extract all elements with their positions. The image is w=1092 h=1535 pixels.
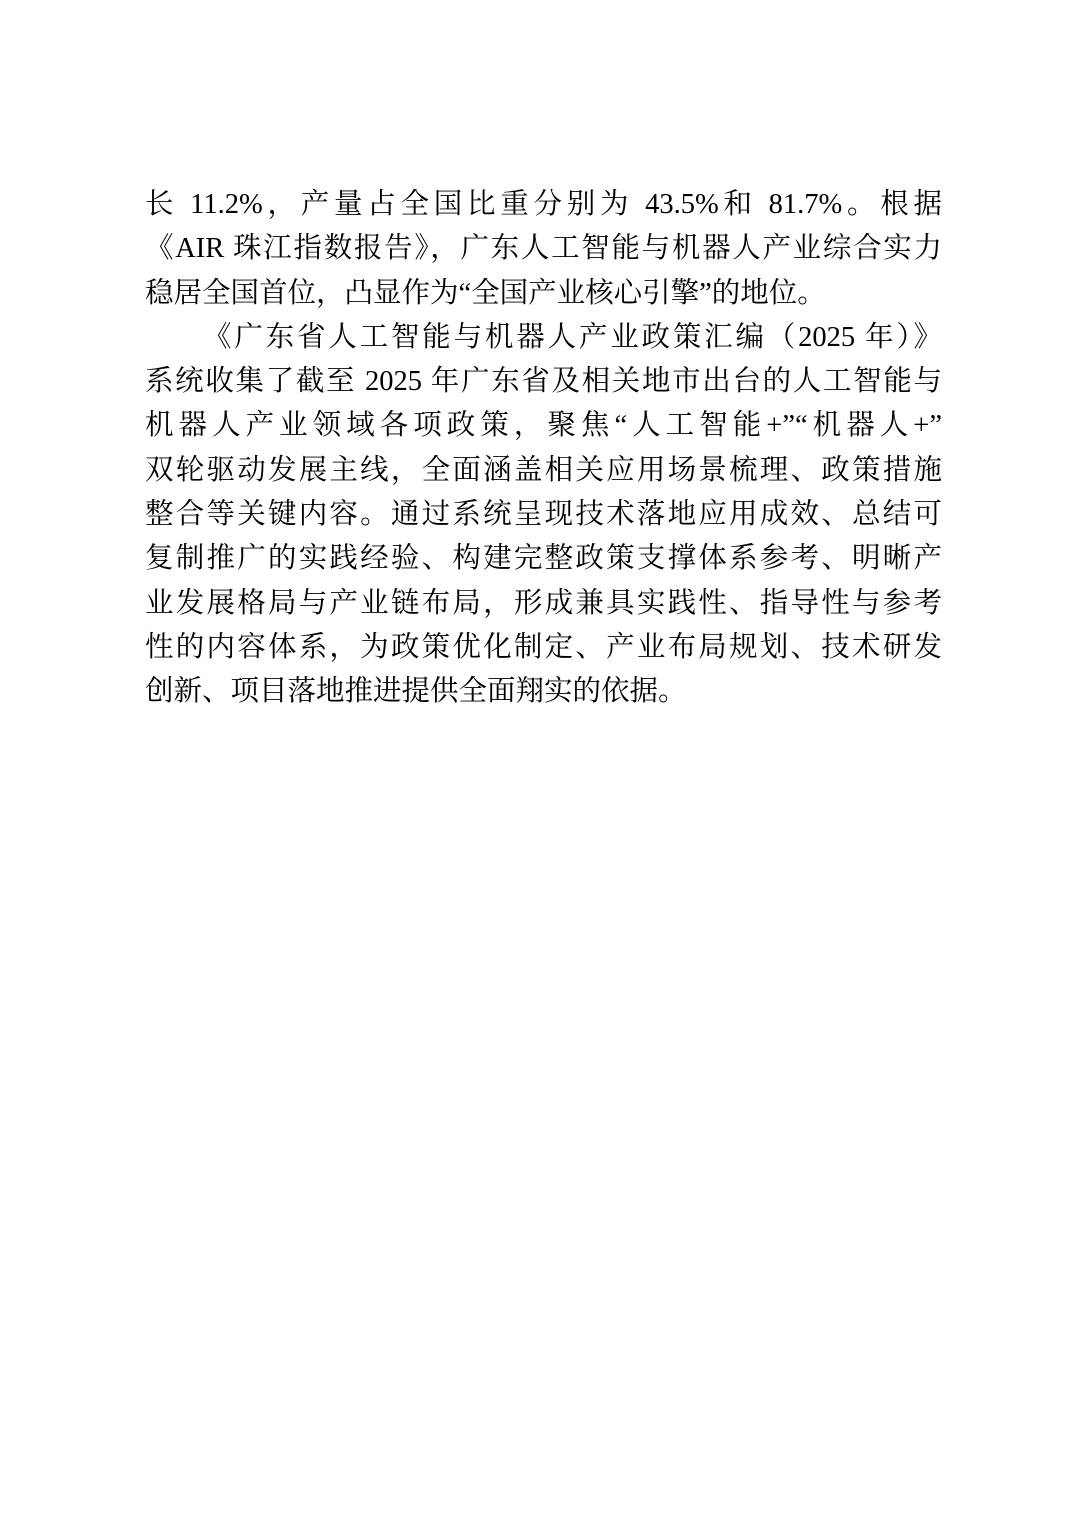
text-line: 整合等关键内容。通过系统呈现技术落地应用成效、总结可 (145, 493, 942, 537)
text-line-paragraph-start: 《广东省人工智能与机器人产业政策汇编（2025 年）》 (145, 316, 942, 360)
text-line: 长 11.2%，产量占全国比重分别为 43.5%和 81.7%。根据 (145, 183, 942, 227)
body-text-block: 长 11.2%，产量占全国比重分别为 43.5%和 81.7%。根据 《AIR … (145, 183, 942, 715)
text-line: 复制推广的实践经验、构建完整政策支撑体系参考、明晰产 (145, 537, 942, 581)
text-line: 《AIR 珠江指数报告》，广东人工智能与机器人产业综合实力 (145, 227, 942, 271)
text-line: 机器人产业领域各项政策，聚焦“人工智能+”“机器人+” (145, 404, 942, 448)
text-line: 创新、项目落地推进提供全面翔实的依据。 (145, 670, 942, 714)
text-line: 双轮驱动发展主线，全面涵盖相关应用场景梳理、政策措施 (145, 449, 942, 493)
text-line: 系统收集了截至 2025 年广东省及相关地市出台的人工智能与 (145, 360, 942, 404)
text-line: 性的内容体系，为政策优化制定、产业布局规划、技术研发 (145, 626, 942, 670)
text-line: 稳居全国首位，凸显作为“全国产业核心引擎”的地位。 (145, 272, 942, 316)
text-line: 业发展格局与产业链布局，形成兼具实践性、指导性与参考 (145, 582, 942, 626)
document-page: 长 11.2%，产量占全国比重分别为 43.5%和 81.7%。根据 《AIR … (0, 0, 1092, 1535)
